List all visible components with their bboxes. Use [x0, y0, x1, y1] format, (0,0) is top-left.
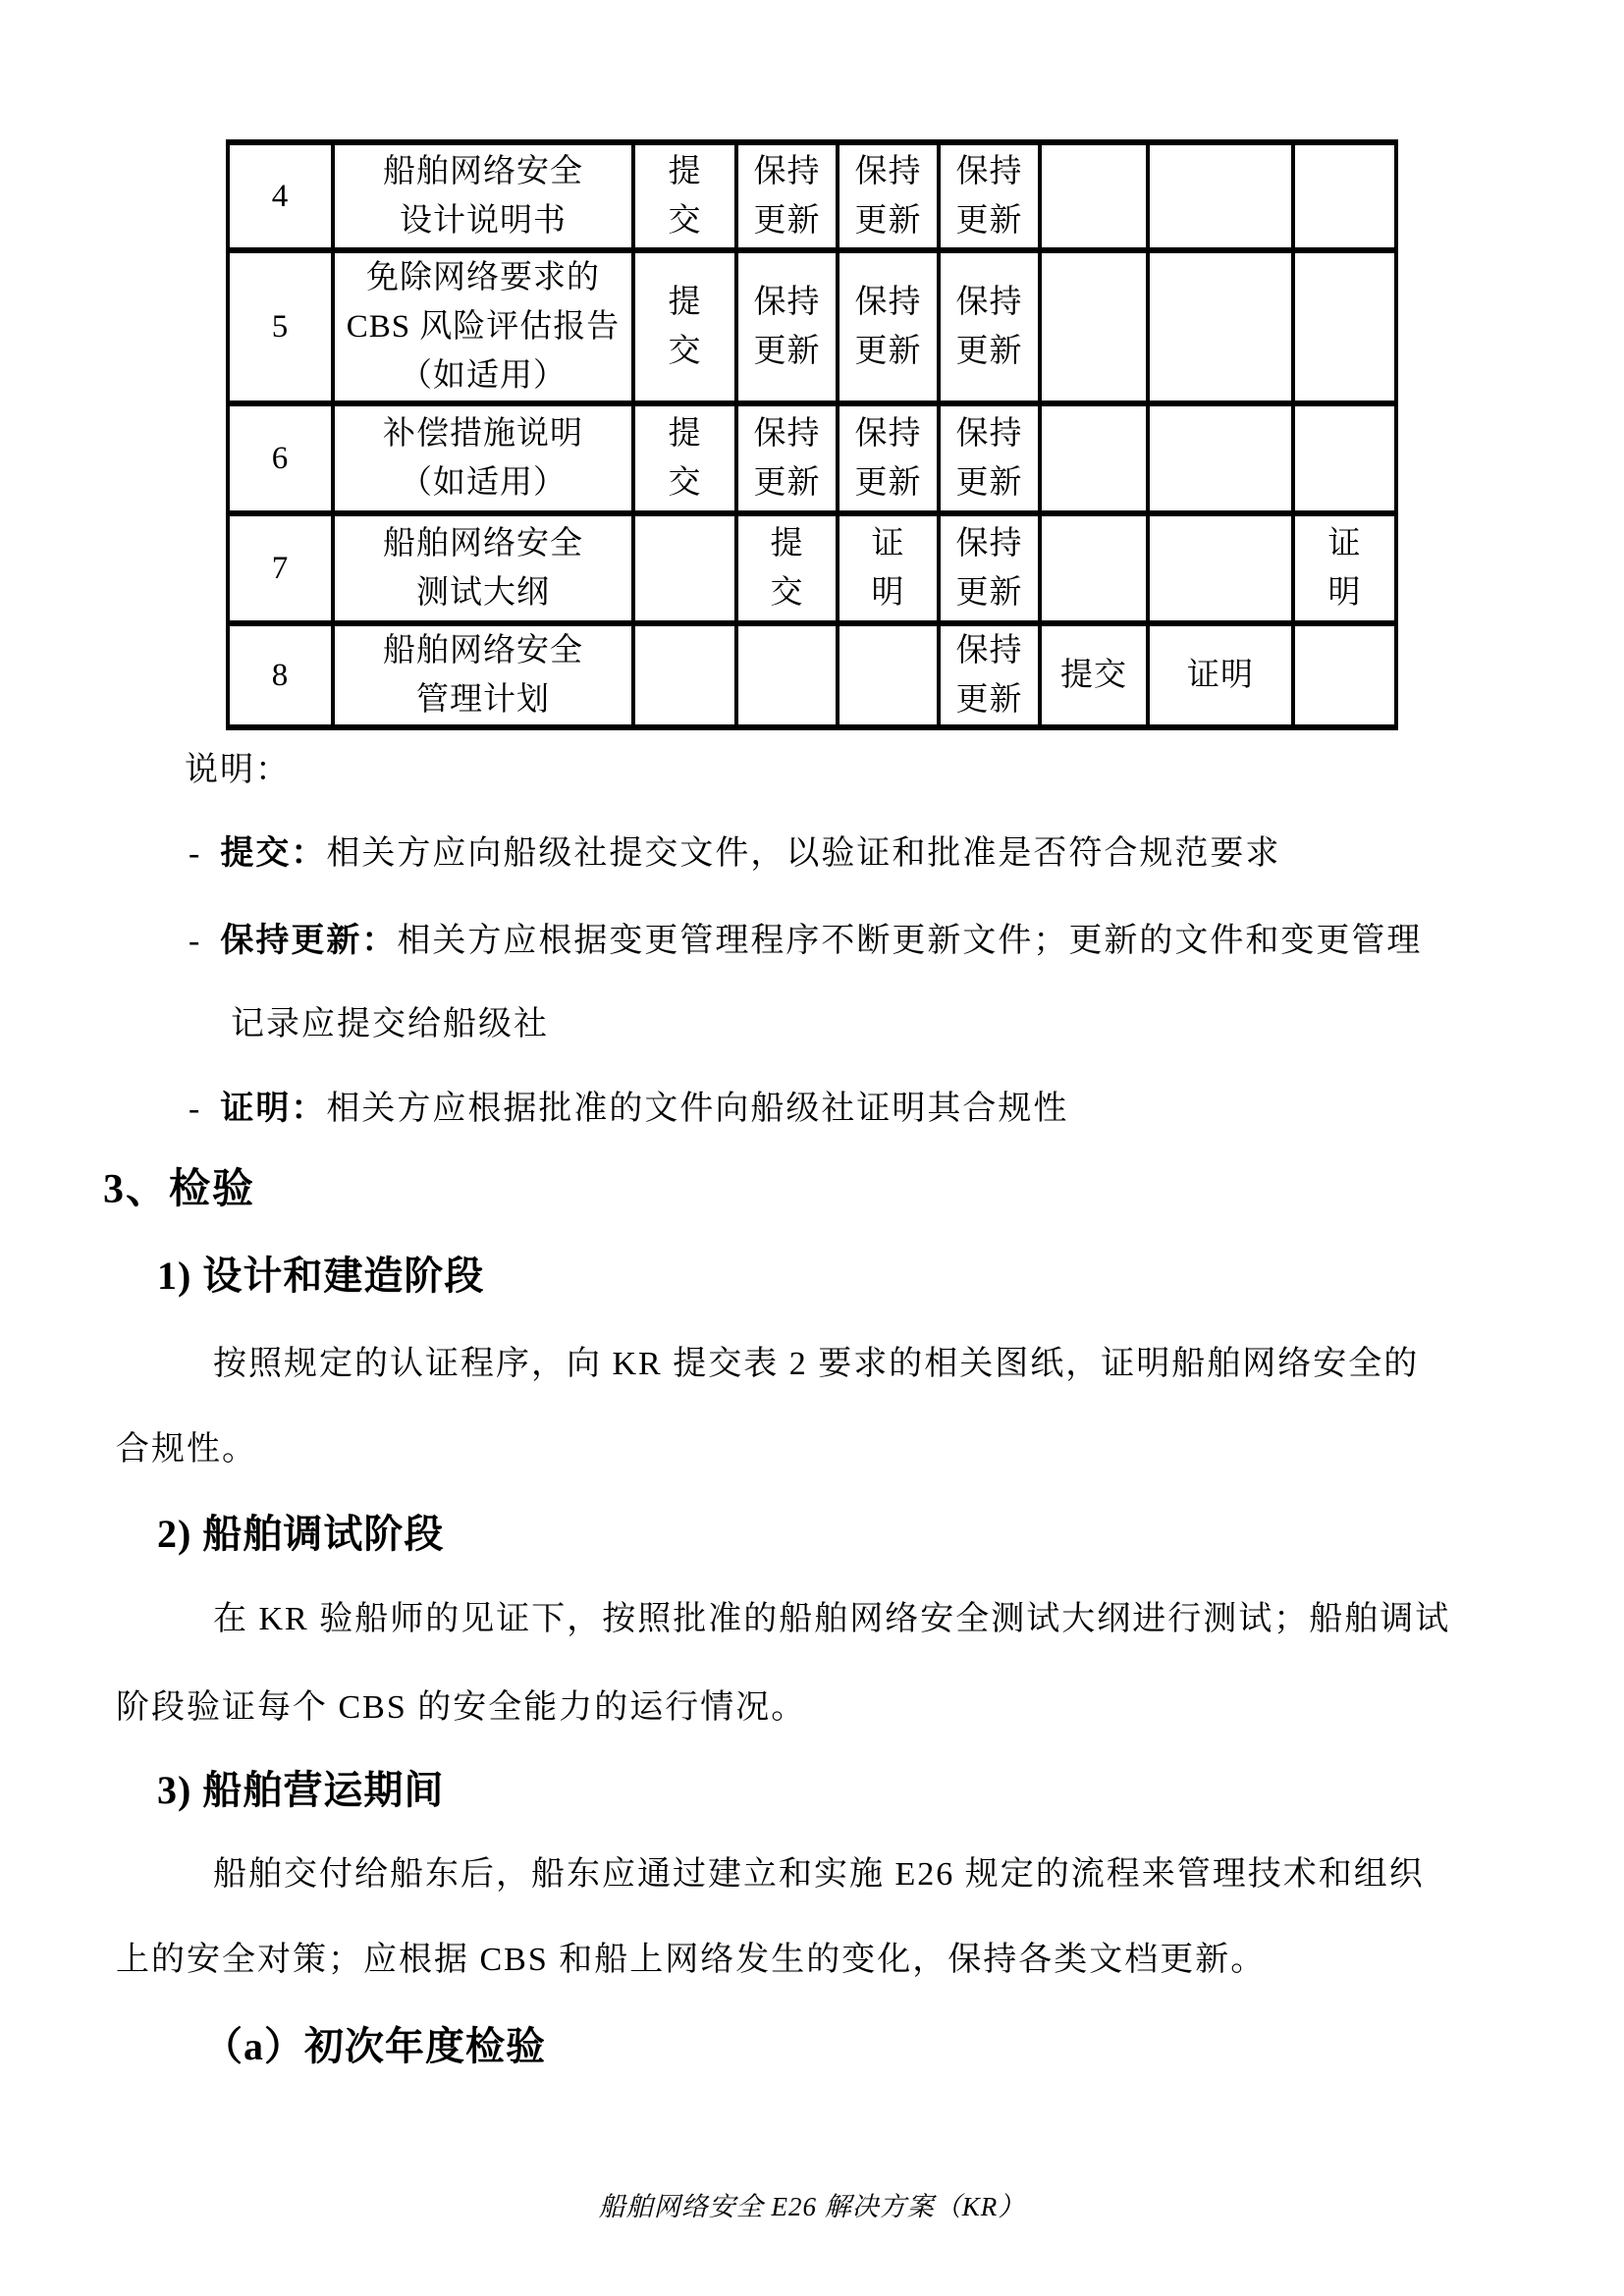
notes-title: 说明：: [185, 751, 291, 789]
table-row: 5 免除网络要求的 CBS 风险评估报告 （如适用） 提 交 保持 更新 保持 …: [228, 250, 1396, 403]
section-heading-survey: 3、检验: [103, 1167, 255, 1212]
cell: 保持 更新: [939, 142, 1040, 250]
cell: 保持 更新: [939, 623, 1040, 727]
cell: 保持 更新: [736, 250, 838, 403]
cell: [1148, 142, 1293, 250]
paragraph-line: 阶段验证每个 CBS 的安全能力的运行情况。: [116, 1688, 806, 1727]
document-name-cell: 船舶网络安全 管理计划: [333, 623, 633, 727]
cell: [633, 623, 736, 727]
note-desc: 相关方应根据变更管理程序不断更新文件；更新的文件和变更管理: [397, 923, 1422, 959]
document-name-cell: 船舶网络安全 设计说明书: [333, 142, 633, 250]
cell: [838, 623, 939, 727]
subsection-design-construction: 1) 设计和建造阶段: [157, 1255, 484, 1298]
row-number-cell: 6: [228, 403, 333, 513]
subsection-operation: 3) 船舶营运期间: [157, 1769, 444, 1812]
paragraph-line: 合规性。: [116, 1430, 257, 1468]
cell: [1148, 403, 1293, 513]
cell: 提交: [1040, 623, 1148, 727]
row-number-cell: 5: [228, 250, 333, 403]
cell: 提 交: [633, 142, 736, 250]
note-continuation-line: 记录应提交给船级社: [231, 1005, 549, 1043]
cell: [633, 513, 736, 623]
cell: 保持 更新: [736, 403, 838, 513]
row-number-cell: 4: [228, 142, 333, 250]
cell: [1293, 403, 1396, 513]
cell: [1040, 142, 1148, 250]
paragraph-line: 上的安全对策；应根据 CBS 和船上网络发生的变化，保持各类文档更新。: [116, 1941, 1266, 1979]
note-item-submit: -提交：相关方应向船级社提交文件，以验证和批准是否符合规范要求: [189, 834, 1280, 873]
cell: 保持 更新: [736, 142, 838, 250]
cell: 保持 更新: [838, 403, 939, 513]
note-desc: 相关方应向船级社提交文件，以验证和批准是否符合规范要求: [326, 835, 1280, 872]
cell: 证明: [1148, 623, 1293, 727]
cell: 保持 更新: [838, 142, 939, 250]
subsection-commissioning: 2) 船舶调试阶段: [157, 1513, 444, 1556]
cell: [1293, 250, 1396, 403]
note-term: 证明：: [220, 1091, 326, 1127]
cell: 保持 更新: [939, 403, 1040, 513]
dash-bullet: -: [189, 834, 201, 873]
document-name-cell: 船舶网络安全 测试大纲: [333, 513, 633, 623]
cell: 提 交: [633, 403, 736, 513]
cell: [736, 623, 838, 727]
row-number-cell: 8: [228, 623, 333, 727]
note-term: 提交：: [220, 835, 326, 872]
cell: 保持 更新: [939, 250, 1040, 403]
note-desc: 相关方应根据批准的文件向船级社证明其合规性: [326, 1091, 1068, 1127]
cell: 保持 更新: [939, 513, 1040, 623]
note-item-demonstrate: -证明：相关方应根据批准的文件向船级社证明其合规性: [189, 1090, 1068, 1128]
cell: 证 明: [838, 513, 939, 623]
cell: [1040, 403, 1148, 513]
cell: [1040, 513, 1148, 623]
note-item-keep-updated: -保持更新：相关方应根据变更管理程序不断更新文件；更新的文件和变更管理: [189, 922, 1422, 960]
note-term: 保持更新：: [220, 923, 397, 959]
cell: 提 交: [633, 250, 736, 403]
paragraph-line: 按照规定的认证程序，向 KR 提交表 2 要求的相关图纸，证明船舶网络安全的: [213, 1345, 1419, 1383]
subsection-initial-annual-survey: （a）初次年度检验: [203, 2025, 546, 2068]
paragraph-line: 在 KR 验船师的见证下，按照批准的船舶网络安全测试大纲进行测试；船舶调试: [213, 1600, 1450, 1638]
documents-table: 4 船舶网络安全 设计说明书 提 交 保持 更新 保持 更新 保持 更新 5 免…: [226, 139, 1398, 730]
dash-bullet: -: [189, 922, 201, 960]
cell: [1293, 623, 1396, 727]
table-row: 8 船舶网络安全 管理计划 保持 更新 提交 证明: [228, 623, 1396, 727]
dash-bullet: -: [189, 1090, 201, 1128]
cell: 提 交: [736, 513, 838, 623]
cell: 保持 更新: [838, 250, 939, 403]
document-name-cell: 免除网络要求的 CBS 风险评估报告 （如适用）: [333, 250, 633, 403]
cell: [1040, 250, 1148, 403]
document-name-cell: 补偿措施说明 （如适用）: [333, 403, 633, 513]
cell: [1293, 142, 1396, 250]
document-page: 4 船舶网络安全 设计说明书 提 交 保持 更新 保持 更新 保持 更新 5 免…: [0, 0, 1624, 2296]
cell: [1148, 250, 1293, 403]
table-row: 6 补偿措施说明 （如适用） 提 交 保持 更新 保持 更新 保持 更新: [228, 403, 1396, 513]
table-row: 4 船舶网络安全 设计说明书 提 交 保持 更新 保持 更新 保持 更新: [228, 142, 1396, 250]
cell: 证 明: [1293, 513, 1396, 623]
row-number-cell: 7: [228, 513, 333, 623]
cell: [1148, 513, 1293, 623]
paragraph-line: 船舶交付给船东后，船东应通过建立和实施 E26 规定的流程来管理技术和组织: [213, 1855, 1425, 1894]
table-row: 7 船舶网络安全 测试大纲 提 交 证 明 保持 更新 证 明: [228, 513, 1396, 623]
page-footer: 船舶网络安全 E26 解决方案（KR）: [0, 2185, 1624, 2223]
